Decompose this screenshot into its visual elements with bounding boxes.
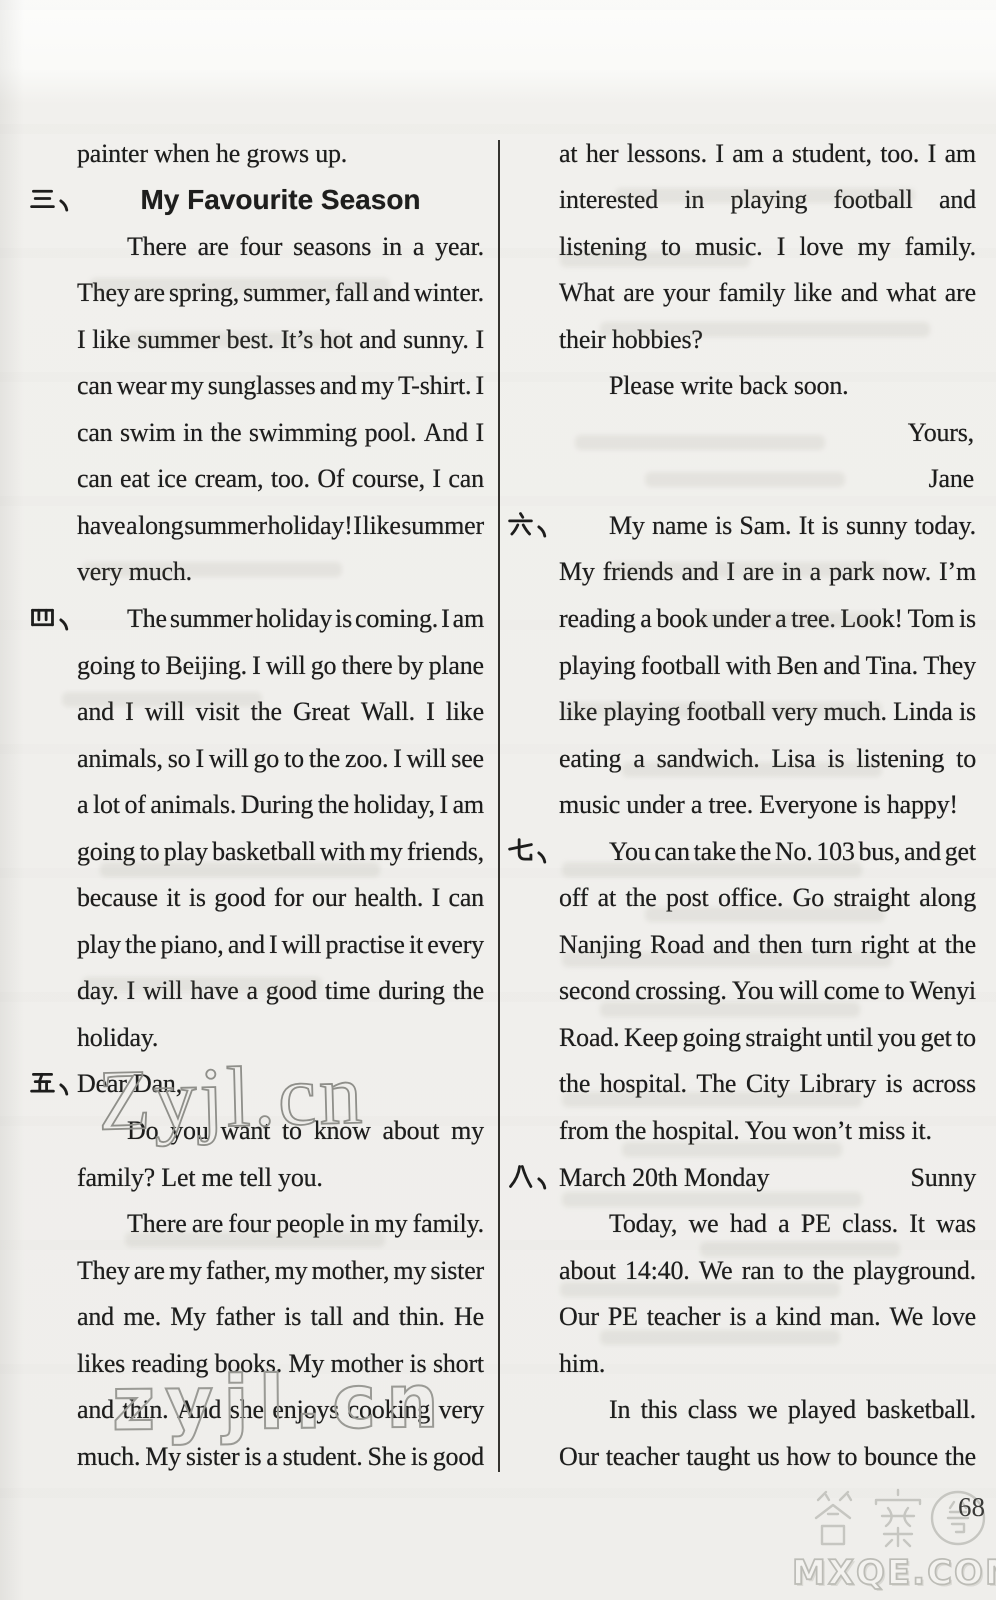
justified-text-line: animals,soIwillgotothezoo.Iwillsee [77,744,484,778]
left-text-column: painter when he grows up.三、My Favourite … [28,126,484,1476]
text-line: 八、March 20th MondaySunny [506,1150,976,1197]
section-marker-text: 四、 [27,632,28,633]
text-line: Today,wehadaPEclass.Itwas [506,1197,976,1244]
text-line: andIwillvisittheGreatWall.Ilike [28,685,484,732]
text-line-content: very much. [77,557,484,591]
text-line: 三、My Favourite Season [28,173,484,220]
text-line: listeningtomusic.Ilovemyfamily. [506,219,976,266]
text-line: 四、Thesummerholidayiscoming.Iam [28,591,484,638]
text-line: goingtoBeijing.Iwillgotherebyplane [28,638,484,685]
text-line: NanjingRoadandthenturnrightatthe [506,917,976,964]
text-line: very much. [28,545,484,592]
text-line: eatingasandwich.Lisaislisteningto [506,731,976,778]
text-line: day.Iwillhaveagoodtimeduringthe [28,964,484,1011]
text-line-content: their hobbies? [559,325,976,359]
text-line: Jane [506,452,976,499]
text-line: offatthepostoffice.Gostraightalong [506,871,976,918]
text-line-content: music under a tree. Everyone is happy! [559,790,976,824]
text-line: readingabookunderatree.Look!Tomis [506,591,976,638]
text-line: painter when he grows up. [28,126,484,173]
justified-text-line: playthepiano,andIwillpractiseitevery [77,930,484,964]
marker-gutter [506,1470,559,1476]
justified-text-line: listeningtomusic.Ilovemyfamily. [559,232,976,266]
justified-text-line: much.Mysisterisastudent.Sheisgood [77,1442,484,1476]
justified-text-line: goingtoBeijing.Iwillgotherebyplane [77,651,484,685]
section-marker: 六、 [506,510,559,545]
text-line: canwearmysunglassesandmyT-shirt.I [28,359,484,406]
date-text: March 20th Monday [559,1163,769,1193]
text-line: interestedinplayingfootballand [506,173,976,220]
text-line-content: Dear Dan, [77,1069,484,1103]
text-line: playingfootballwithBenandTina.They [506,638,976,685]
justified-text-line: andme.Myfatheristallandthin.He [77,1302,484,1336]
section-marker: 三、 [28,184,77,219]
text-line: holiday. [28,1010,484,1057]
text-line: playthepiano,andIwillpractiseitevery [28,917,484,964]
section-marker: 七、 [506,836,559,871]
justified-text-line: Road.Keepgoingstraightuntilyougetto [559,1023,976,1057]
justified-text-line: Today,wehadaPEclass.Itwas [559,1209,976,1243]
text-line: andthin.Andsheenjoyscookingvery [28,1383,484,1430]
text-line: Whatareyourfamilylikeandwhatare [506,266,976,313]
justified-text-line: Theyarespring,summer,fallandwinter. [77,278,484,312]
text-line-content: family? Let me tell you. [77,1163,484,1197]
text-line: much.Mysisterisastudent.Sheisgood [28,1429,484,1476]
text-line: Ilikesummerbest.It’shotandsunny.I [28,312,484,359]
text-line: music under a tree. Everyone is happy! [506,778,976,825]
justified-text-line: Theyaremyfather,mymother,mysister [77,1256,484,1290]
section-marker-text: 三、 [27,213,28,214]
justified-text-line: becauseitisgoodforourhealth.Ican [77,883,484,917]
text-line: Doyouwanttoknowaboutmy [28,1103,484,1150]
text-line: becauseitisgoodforourhealth.Ican [28,871,484,918]
justified-text-line: Ourteachertaughtushowtobouncethe [559,1442,976,1476]
scanned-answer-page: painter when he grows up.三、My Favourite … [0,0,996,1600]
text-line: 五、Dear Dan, [28,1057,484,1104]
justified-text-line: day.Iwillhaveagoodtimeduringthe [77,976,484,1010]
justified-text-line: alotofanimals.Duringtheholiday,Iam [77,790,484,824]
column-divider-rule [498,140,500,1472]
text-line: 六、MynameisSam.Itissunnytoday. [506,498,976,545]
justified-text-line: OurPEteacherisakindman.Welove [559,1302,976,1336]
section-marker: 五、 [28,1068,77,1103]
justified-text-line: likeplayingfootballverymuch.Lindais [559,697,976,731]
justified-text-line: atherlessons.Iamastudent,too.Iam [559,139,976,173]
text-line: likeplayingfootballverymuch.Lindais [506,685,976,732]
page-number: 68 [958,1492,985,1523]
text-line: atherlessons.Iamastudent,too.Iam [506,126,976,173]
justified-text-line: canwearmysunglassesandmyT-shirt.I [77,371,484,405]
justified-text-line: MynameisSam.Itissunnytoday. [559,511,976,545]
section-marker-text: 七、 [505,865,506,866]
text-line: secondcrossing.YouwillcometoWenyi [506,964,976,1011]
justified-text-line: Doyouwanttoknowaboutmy [77,1116,484,1150]
justified-text-line: goingtoplaybasketballwithmyfriends, [77,837,484,871]
text-line: Please write back soon. [506,359,976,406]
justified-text-line: eatingasandwich.Lisaislisteningto [559,744,976,778]
text-line: family? Let me tell you. [28,1150,484,1197]
justified-text-line: canswimintheswimmingpool.AndI [77,418,484,452]
text-line: from the hospital. You won’t miss it. [506,1103,976,1150]
stamp-domain-text: MXQE.COM [792,1556,996,1590]
text-line: canswimintheswimmingpool.AndI [28,405,484,452]
section-heading: My Favourite Season [77,185,484,219]
justified-text-line: playingfootballwithBenandTina.They [559,651,976,685]
text-line-content: Please write back soon. [559,371,976,405]
text-line-content: Yours, [559,418,976,452]
justified-text-line: thehospital.TheCityLibraryisacross [559,1069,976,1103]
text-line: havealongsummerholiday!Ilikesummer [28,498,484,545]
text-line: about14:40.Werantotheplayground. [506,1243,976,1290]
section-marker-text: 五、 [27,1097,28,1098]
justified-text-line: Thesummerholidayiscoming.Iam [77,604,484,638]
text-line: likesreadingbooks.Mymotherisshort [28,1336,484,1383]
text-line: alotofanimals.Duringtheholiday,Iam [28,778,484,825]
section-marker-text: 六、 [505,539,506,540]
text-line: him. [506,1336,976,1383]
text-line: their hobbies? [506,312,976,359]
justified-text-line: readingabookunderatree.Look!Tomis [559,604,976,638]
justified-text-line: Ilikesummerbest.It’shotandsunny.I [77,325,484,359]
text-line-content: from the hospital. You won’t miss it. [559,1116,976,1150]
justified-text-line: havealongsummerholiday!Ilikesummer [77,511,484,545]
text-line: MyfriendsandIareinaparknow.I’m [506,545,976,592]
text-line: Road.Keepgoingstraightuntilyougetto [506,1010,976,1057]
text-line-content: holiday. [77,1023,484,1057]
text-line: Therearefourpeopleinmyfamily. [28,1197,484,1244]
text-line: Theyarespring,summer,fallandwinter. [28,266,484,313]
text-line: 七、YoucantaketheNo.103bus,andget [506,824,976,871]
justified-text-line: likesreadingbooks.Mymotherisshort [77,1349,484,1383]
section-marker: 四、 [28,603,77,638]
text-line: OurPEteacherisakindman.Welove [506,1290,976,1337]
justified-text-line: MyfriendsandIareinaparknow.I’m [559,557,976,591]
justified-text-line: andIwillvisittheGreatWall.Ilike [77,697,484,731]
text-line: Therearefourseasonsinayear. [28,219,484,266]
marker-gutter [28,1470,77,1476]
justified-text-line: Therearefourpeopleinmyfamily. [77,1209,484,1243]
date-weather-line: March 20th MondaySunny [559,1163,976,1197]
right-text-column: atherlessons.Iamastudent,too.Iaminterest… [506,126,976,1476]
text-line: andme.Myfatheristallandthin.He [28,1290,484,1337]
text-line: thehospital.TheCityLibraryisacross [506,1057,976,1104]
text-line: animals,soIwillgotothezoo.Iwillsee [28,731,484,778]
justified-text-line: offatthepostoffice.Gostraightalong [559,883,976,917]
justified-text-line: Therearefourseasonsinayear. [77,232,484,266]
justified-text-line: interestedinplayingfootballand [559,185,976,219]
text-line: Yours, [506,405,976,452]
text-line: Inthisclassweplayedbasketball. [506,1383,976,1430]
text-line-content: painter when he grows up. [77,139,484,173]
text-line-content: Jane [559,464,976,498]
justified-text-line: Whatareyourfamilylikeandwhatare [559,278,976,312]
text-line: caneaticecream,too.Ofcourse,Ican [28,452,484,499]
text-line-content: him. [559,1349,976,1383]
text-line: Theyaremyfather,mymother,mysister [28,1243,484,1290]
justified-text-line: NanjingRoadandthenturnrightatthe [559,930,976,964]
section-marker-text: 八、 [505,1191,506,1192]
weather-text: Sunny [911,1163,976,1193]
text-line: goingtoplaybasketballwithmyfriends, [28,824,484,871]
section-marker: 八、 [506,1162,559,1197]
justified-text-line: YoucantaketheNo.103bus,andget [559,837,976,871]
justified-text-line: secondcrossing.YouwillcometoWenyi [559,976,976,1010]
justified-text-line: about14:40.Werantotheplayground. [559,1256,976,1290]
text-line: Ourteachertaughtushowtobouncethe [506,1429,976,1476]
justified-text-line: Inthisclassweplayedbasketball. [559,1395,976,1429]
justified-text-line: caneaticecream,too.Ofcourse,Ican [77,464,484,498]
justified-text-line: andthin.Andsheenjoyscookingvery [77,1395,484,1429]
